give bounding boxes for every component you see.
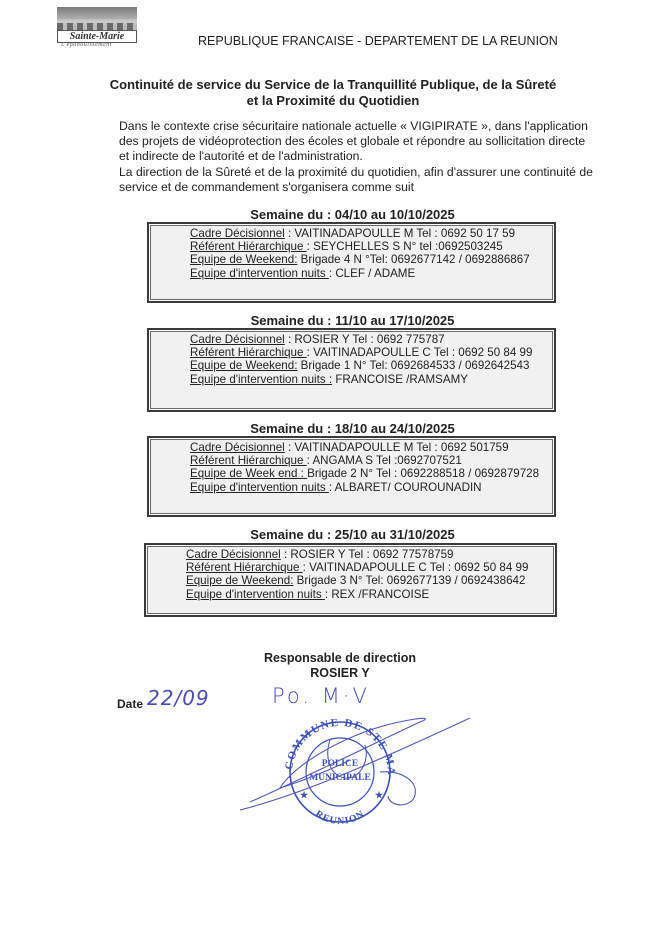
week-box: Cadre Décisionnel : VAITINADAPOULLE M Te… — [147, 436, 556, 517]
line-label: Equipe d'intervention nuits : — [190, 373, 332, 386]
line-label: Référent Hiérarchique — [190, 346, 307, 359]
stamp-top-text: COMMUNE DE STE MARIE — [220, 700, 397, 776]
week-heading: Semaine du : 11/10 au 17/10/2025 — [147, 313, 558, 328]
line-label: Référent Hiérarchique — [190, 454, 307, 467]
line-value: CLEF / ADAME — [335, 267, 415, 280]
week-details: Cadre Décisionnel : ROSIER Y Tel : 0692 … — [190, 333, 532, 386]
line-label: Cadre Décisionnel — [190, 333, 285, 346]
week-line-nuits: Equipe d'intervention nuits : ALBARET/ C… — [190, 481, 539, 494]
line-label: Cadre Décisionnel — [190, 227, 285, 240]
week-line-cadre: Cadre Décisionnel : ROSIER Y Tel : 0692 … — [190, 333, 532, 346]
signatory-block: Responsable de direction ROSIER Y — [230, 651, 450, 681]
week-line-cadre: Cadre Décisionnel : VAITINADAPOULLE M Te… — [190, 441, 539, 454]
date-handwritten: 22/09 — [147, 686, 210, 710]
week-line-weekend: Equipe de Week end : Brigade 2 N° Tel : … — [190, 467, 539, 480]
week-box: Cadre Décisionnel : ROSIER Y Tel : 0692 … — [144, 543, 557, 617]
line-label: Référent Hiérarchique — [190, 240, 307, 253]
document-title-line-2: et la Proximité du Quotidien — [100, 93, 566, 109]
line-value: ALBARET/ COUROUNADIN — [335, 481, 482, 494]
line-value: Brigade 3 N° Tel: 0692677139 / 069243864… — [297, 574, 526, 587]
week-line-referent: Référent Hiérarchique : VAITINADAPOULLE … — [190, 346, 532, 359]
line-value: VAITINADAPOULLE C Tel : 0692 50 84 99 — [309, 561, 528, 574]
week-line-cadre: Cadre Décisionnel : VAITINADAPOULLE M Te… — [190, 227, 530, 240]
line-sep: : — [285, 333, 295, 346]
line-value: SEYCHELLES S N° tel :0692503245 — [313, 240, 503, 253]
intro-line: La direction de la Sûreté et de la proxi… — [119, 165, 659, 180]
week-line-weekend: Equipe de Weekend: Brigade 1 N° Tel: 069… — [190, 359, 532, 372]
svg-text:COMMUNE DE STE MARIE: COMMUNE DE STE MARIE — [220, 700, 397, 776]
svg-text:★: ★ — [375, 790, 384, 800]
week-line-nuits: Equipe d'intervention nuits : CLEF / ADA… — [190, 267, 530, 280]
week-line-cadre: Cadre Décisionnel : ROSIER Y Tel : 0692 … — [186, 548, 528, 561]
week-line-referent: Référent Hiérarchique : VAITINADAPOULLE … — [186, 561, 528, 574]
line-label: Equipe d'intervention nuits — [190, 267, 329, 280]
line-value: VAITINADAPOULLE C Tel : 0692 50 84 99 — [313, 346, 532, 359]
logo-tagline: L'épanouissement — [61, 42, 112, 48]
week-heading: Semaine du : 25/10 au 31/10/2025 — [147, 527, 558, 542]
week-heading: Semaine du : 18/10 au 24/10/2025 — [147, 421, 558, 436]
line-value: Brigade 2 N° Tel : 0692288518 / 06928797… — [307, 467, 539, 480]
line-value: Brigade 4 N °Tel: 0692677142 / 069288686… — [301, 253, 530, 266]
intro-line: des projets de vidéoprotection des école… — [119, 134, 659, 149]
signatory-name: ROSIER Y — [230, 666, 450, 681]
line-label: Equipe de Weekend: — [190, 253, 297, 266]
intro-line: et indirecte de l'autorité et de l'admin… — [119, 149, 659, 164]
line-value: ROSIER Y Tel : 0692 77578759 — [290, 548, 453, 561]
week-line-weekend: Equipe de Weekend: Brigade 4 N °Tel: 069… — [190, 253, 530, 266]
intro-line: service et de commandement s'organisera … — [119, 180, 659, 195]
line-value: ANGAMA S Tel :0692707521 — [312, 454, 461, 467]
line-value: VAITINADAPOULLE M Tel : 0692 50 17 59 — [294, 227, 515, 240]
week-line-referent: Référent Hiérarchique : ANGAMA S Tel :06… — [190, 454, 539, 467]
week-details: Cadre Décisionnel : ROSIER Y Tel : 0692 … — [186, 548, 528, 601]
week-box: Cadre Décisionnel : VAITINADAPOULLE M Te… — [147, 222, 556, 303]
line-sep: : — [285, 227, 295, 240]
week-line-nuits: Equipe d'intervention nuits : REX /FRANC… — [186, 588, 528, 601]
week-details: Cadre Décisionnel : VAITINADAPOULLE M Te… — [190, 227, 530, 280]
intro-paragraph: Dans le contexte crise sécuritaire natio… — [119, 119, 659, 195]
line-value: VAITINADAPOULLE M Tel : 0692 501759 — [294, 441, 508, 454]
line-value: FRANCOISE /RAMSAMY — [335, 373, 468, 386]
line-label: Equipe de Weekend: — [190, 359, 297, 372]
document-title: Continuité de service du Service de la T… — [100, 77, 566, 109]
stamp-bottom-text: REUNION — [313, 808, 367, 827]
line-label: Equipe de Week end : — [190, 467, 307, 480]
line-label: Cadre Décisionnel — [186, 548, 281, 561]
line-label: Cadre Décisionnel — [190, 441, 285, 454]
line-sep: : — [285, 441, 295, 454]
date-label: Date — [117, 697, 143, 711]
week-heading: Semaine du : 04/10 au 10/10/2025 — [147, 207, 558, 222]
document-title-line-1: Continuité de service du Service de la T… — [100, 77, 566, 93]
header-title: REPUBLIQUE FRANCAISE - DEPARTEMENT DE LA… — [198, 34, 558, 48]
line-value: REX /FRANCOISE — [331, 588, 429, 601]
svg-text:REUNION: REUNION — [313, 808, 367, 827]
week-line-nuits: Equipe d'intervention nuits : FRANCOISE … — [190, 373, 532, 386]
line-sep: : — [281, 548, 291, 561]
week-box: Cadre Décisionnel : ROSIER Y Tel : 0692 … — [147, 328, 556, 412]
line-label: Equipe d'intervention nuits — [190, 481, 329, 494]
line-value: ROSIER Y Tel : 0692 775787 — [294, 333, 444, 346]
week-details: Cadre Décisionnel : VAITINADAPOULLE M Te… — [190, 441, 539, 494]
logo: Sainte-Marie L'épanouissement — [57, 7, 137, 47]
week-line-weekend: Equipe de Weekend: Brigade 3 N° Tel: 069… — [186, 574, 528, 587]
svg-text:★: ★ — [300, 790, 309, 800]
police-stamp-icon: COMMUNE DE STE MARIE REUNION POLICE MUNI… — [220, 700, 500, 830]
week-line-referent: Référent Hiérarchique : SEYCHELLES S N° … — [190, 240, 530, 253]
intro-line: Dans le contexte crise sécuritaire natio… — [119, 119, 659, 134]
logo-graphic — [57, 7, 137, 31]
signatory-role: Responsable de direction — [230, 651, 450, 666]
line-value: Brigade 1 N° Tel: 0692684533 / 069264254… — [301, 359, 530, 372]
line-label: Equipe de Weekend: — [186, 574, 293, 587]
line-label: Equipe d'intervention nuits — [186, 588, 325, 601]
line-label: Référent Hiérarchique — [186, 561, 303, 574]
